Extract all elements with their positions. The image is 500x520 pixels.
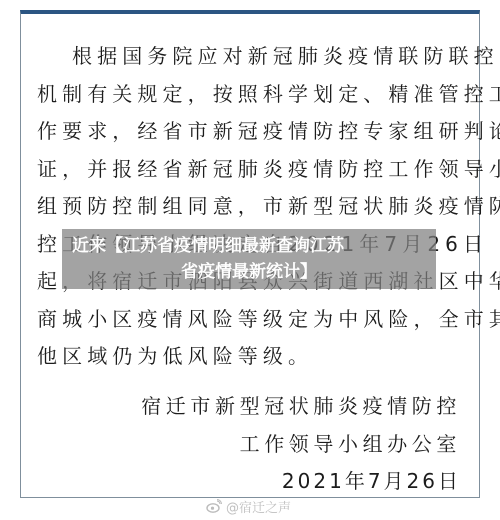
body-line-8: 商城小区疫情风险等级定为中风险，全市其: [37, 301, 465, 339]
body-line-3: 作要求，经省市新冠疫情防控专家组研判论: [37, 113, 465, 151]
signature-org-line-1: 宿迁市新型冠状肺炎疫情防控: [141, 388, 461, 426]
caption-line-1: 近来【江苏省疫情明细最新查询江苏: [62, 233, 436, 259]
weibo-icon: [206, 499, 222, 513]
body-line-1: 根据国务院应对新冠肺炎疫情联防联控: [37, 38, 465, 76]
body-line-5: 组预防控制组同意，市新型冠状肺炎疫情防: [37, 188, 465, 226]
watermark-text: @宿迁之声: [226, 497, 291, 516]
signature-block: 宿迁市新型冠状肺炎疫情防控 工作领导小组办公室 2021年7月26日: [141, 388, 461, 501]
caption-line-2: 省疫情最新统计】: [62, 259, 436, 285]
body-line-4: 证，并报经省新冠肺炎疫情防控工作领导小: [37, 151, 465, 189]
signature-date: 2021年7月26日: [141, 463, 461, 501]
watermark: @宿迁之声: [206, 496, 291, 516]
notice-body: 根据国务院应对新冠肺炎疫情联防联控 机制有关规定，按照科学划定、精准管控工 作要…: [37, 38, 465, 376]
body-line-9: 他区域仍为低风险等级。: [37, 338, 465, 376]
caption-overlay: 近来【江苏省疫情明细最新查询江苏 省疫情最新统计】: [62, 229, 436, 289]
signature-org-line-2: 工作领导小组办公室: [141, 426, 461, 464]
body-line-2: 机制有关规定，按照科学划定、精准管控工: [37, 76, 465, 114]
